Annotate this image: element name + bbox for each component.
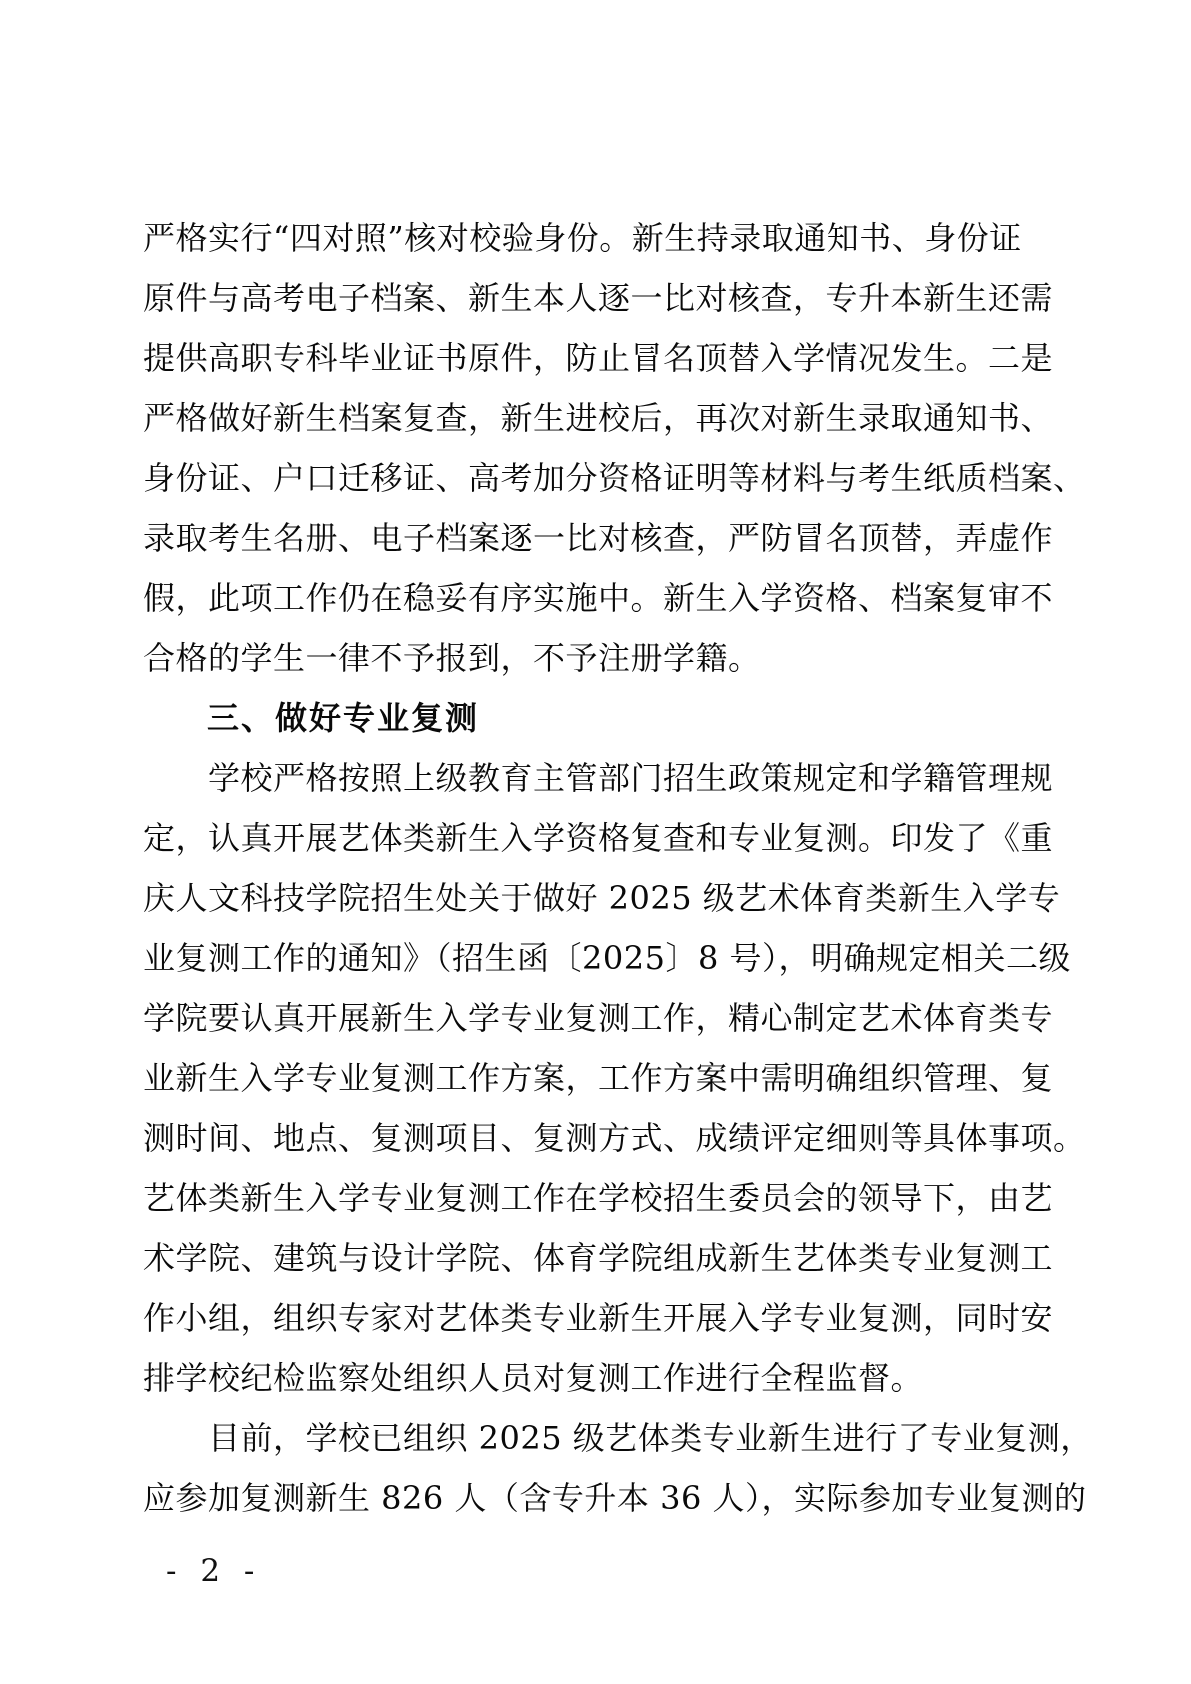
text-line: 学院要认真开展新生入学专业复测工作，精心制定艺术体育类专 (143, 988, 1053, 1048)
text-line: 学校严格按照上级教育主管部门招生政策规定和学籍管理规 (143, 748, 1053, 808)
text-line: 原件与高考电子档案、新生本人逐一比对核查，专升本新生还需 (143, 268, 1053, 328)
text-line: 提供高职专科毕业证书原件，防止冒名顶替入学情况发生。二是 (143, 328, 1053, 388)
text-line: 定，认真开展艺体类新生入学资格复查和专业复测。印发了《重 (143, 808, 1053, 868)
text-line: 严格做好新生档案复查，新生进校后，再次对新生录取通知书、 (143, 388, 1053, 448)
document-body: 严格实行“四对照”核对校验身份。新生持录取通知书、身份证原件与高考电子档案、新生… (143, 208, 1053, 1528)
text-line: 应参加复测新生 826 人（含专升本 36 人），实际参加专业复测的 (143, 1468, 1053, 1528)
text-line: 假，此项工作仍在稳妥有序实施中。新生入学资格、档案复审不 (143, 568, 1053, 628)
section-heading: 三、做好专业复测 (143, 688, 1053, 748)
text-line: 作小组，组织专家对艺体类专业新生开展入学专业复测，同时安 (143, 1288, 1053, 1348)
text-line: 测时间、地点、复测项目、复测方式、成绩评定细则等具体事项。 (143, 1108, 1053, 1168)
page-number: - 2 - (166, 1551, 254, 1591)
text-line: 目前，学校已组织 2025 级艺体类专业新生进行了专业复测， (143, 1408, 1053, 1468)
text-line: 业复测工作的通知》（招生函〔2025〕8 号），明确规定相关二级 (143, 928, 1053, 988)
text-line: 业新生入学专业复测工作方案，工作方案中需明确组织管理、复 (143, 1048, 1053, 1108)
text-line: 艺体类新生入学专业复测工作在学校招生委员会的领导下，由艺 (143, 1168, 1053, 1228)
text-line: 严格实行“四对照”核对校验身份。新生持录取通知书、身份证 (143, 208, 1053, 268)
text-line: 合格的学生一律不予报到，不予注册学籍。 (143, 628, 1053, 688)
document-page: 严格实行“四对照”核对校验身份。新生持录取通知书、身份证原件与高考电子档案、新生… (0, 0, 1191, 1684)
text-line: 排学校纪检监察处组织人员对复测工作进行全程监督。 (143, 1348, 1053, 1408)
text-line: 身份证、户口迁移证、高考加分资格证明等材料与考生纸质档案、 (143, 448, 1053, 508)
text-line: 庆人文科技学院招生处关于做好 2025 级艺术体育类新生入学专 (143, 868, 1053, 928)
text-line: 录取考生名册、电子档案逐一比对核查，严防冒名顶替，弄虚作 (143, 508, 1053, 568)
text-line: 术学院、建筑与设计学院、体育学院组成新生艺体类专业复测工 (143, 1228, 1053, 1288)
